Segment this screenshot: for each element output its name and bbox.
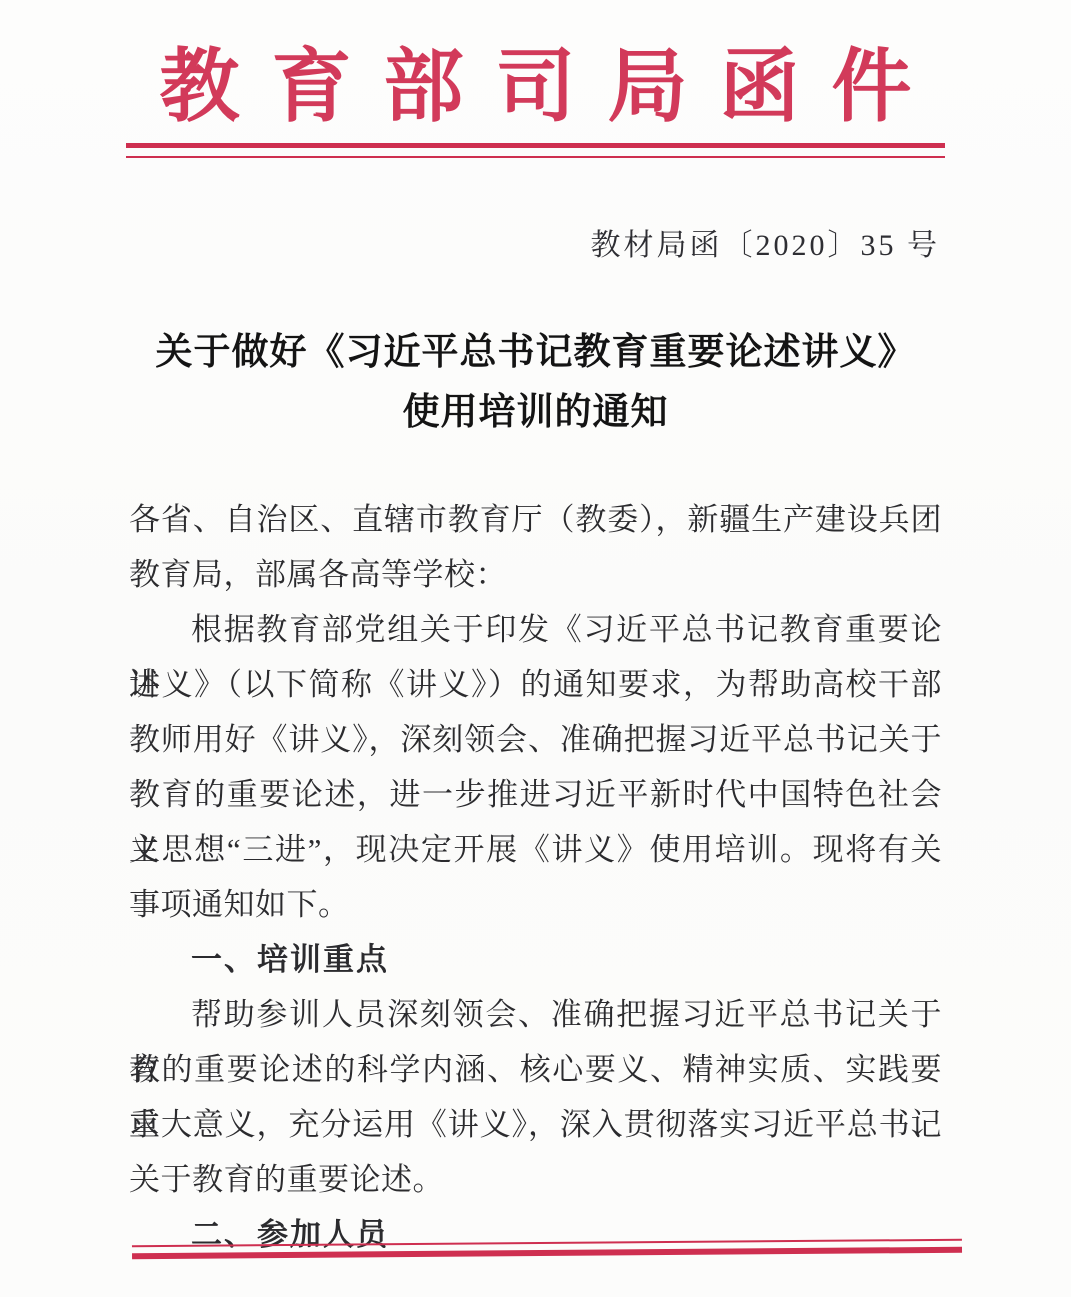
body-line: 教育局，部属各高等学校：: [129, 547, 942, 602]
body-line: 关于教育的重要论述。: [129, 1152, 942, 1207]
body-line: 事项通知如下。: [129, 877, 942, 932]
document-title-line2: 使用培训的通知: [0, 388, 1071, 448]
body-line: 教育的重要论述，进一步推进习近平新时代中国特色社会主: [129, 767, 942, 822]
document-number: 教材局函〔2020〕35 号: [591, 220, 941, 264]
header-separator-thin-line: [126, 156, 945, 158]
body-line: 教师用好《讲义》，深刻领会、准确把握习近平总书记关于: [129, 712, 942, 767]
body-line: 帮助参训人员深刻领会、准确把握习近平总书记关于教: [129, 987, 942, 1042]
header-separator-thick-line: [126, 143, 945, 148]
body-line: 讲义》（以下简称《讲义》）的通知要求，为帮助高校干部: [129, 657, 942, 712]
body-line: 义思想“三进”，现决定开展《讲义》使用培训。现将有关: [129, 822, 942, 877]
body-line: 各省、自治区、直辖市教育厅（教委），新疆生产建设兵团: [129, 492, 942, 547]
letterhead-title: 教育部司局函件: [0, 38, 1071, 138]
body-line: 根据教育部党组关于印发《习近平总书记教育重要论述: [129, 602, 942, 657]
section-heading-1: 一、培训重点: [129, 932, 942, 987]
body-line: 育的重要论述的科学内涵、核心要义、精神实质、实践要求、: [129, 1042, 942, 1097]
body-line: 重大意义，充分运用《讲义》，深入贯彻落实习近平总书记: [129, 1097, 942, 1152]
document-title-line1: 关于做好《习近平总书记教育重要论述讲义》: [0, 328, 1071, 388]
footer-separator-thick-line: [132, 1247, 962, 1260]
document-body: 各省、自治区、直辖市教育厅（教委），新疆生产建设兵团 教育局，部属各高等学校： …: [129, 492, 942, 1262]
document-title: 关于做好《习近平总书记教育重要论述讲义》 使用培训的通知: [0, 328, 1071, 448]
document-page: 教育部司局函件 教材局函〔2020〕35 号 关于做好《习近平总书记教育重要论述…: [0, 0, 1071, 1297]
